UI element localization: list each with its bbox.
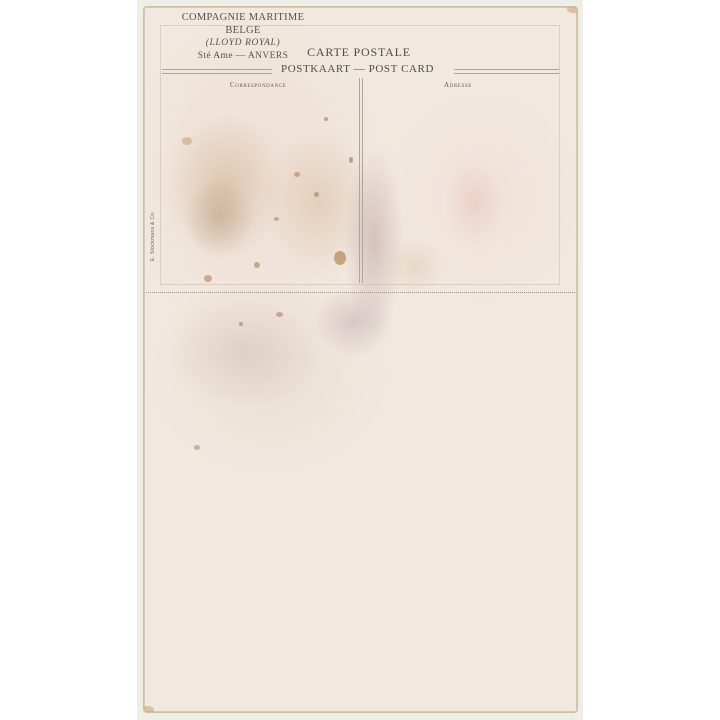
subtitle-row: POSTKAART — POST CARD bbox=[144, 63, 577, 77]
corner-wear bbox=[567, 7, 577, 13]
double-rule-left bbox=[162, 69, 272, 74]
address-label: Adresse bbox=[444, 81, 472, 89]
paper-tone bbox=[144, 277, 394, 477]
foxing-spot bbox=[194, 445, 200, 450]
water-stain bbox=[314, 287, 394, 357]
foxing-spot bbox=[276, 312, 283, 317]
water-stain bbox=[164, 297, 324, 407]
double-rule-right bbox=[454, 69, 559, 74]
postcard-back: COMPAGNIE MARITIME BELGE (LLOYD ROYAL) S… bbox=[144, 7, 577, 712]
publisher-name: COMPAGNIE MARITIME BELGE bbox=[163, 11, 323, 37]
corner-wear bbox=[144, 706, 154, 712]
correspondence-label: Correspondance bbox=[230, 81, 286, 89]
card-subtitle: POSTKAART — POST CARD bbox=[281, 63, 434, 75]
foxing-spot bbox=[239, 322, 243, 326]
column-divider bbox=[359, 78, 363, 283]
card-title: CARTE POSTALE bbox=[274, 45, 444, 60]
perforation-line bbox=[146, 292, 575, 293]
printer-credit: E. Stockmans & Co. bbox=[150, 201, 156, 271]
